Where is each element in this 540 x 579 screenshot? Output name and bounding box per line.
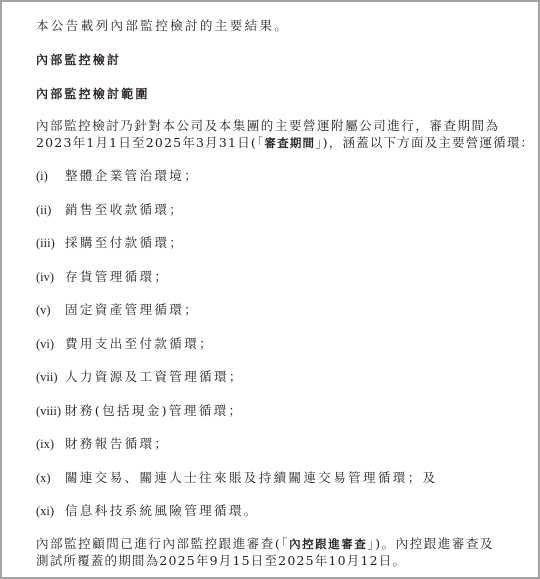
- list-marker: (iv): [36, 269, 65, 285]
- list-text: 採購至付款循環；: [65, 235, 184, 250]
- list-text: 整體企業管治環境；: [65, 168, 199, 183]
- list-text: 銷售至收款循環；: [65, 202, 184, 217]
- list-marker: (xi): [36, 503, 65, 519]
- review-period-term: 審查期間: [264, 136, 315, 150]
- followup-review-term: 內控跟進審查: [289, 537, 367, 551]
- list-item: (i)整體企業管治環境；: [36, 168, 199, 184]
- list-item: (viii)財務(包括現金)管理循環；: [36, 403, 243, 419]
- list-marker: (ix): [36, 436, 65, 452]
- followup-line-1-start: 內部監控顧問已進行內部監控跟進審查(「: [36, 536, 289, 551]
- followup-line-2: 測試所覆蓋的期間為2025年9月15日至2025年10月12日。: [36, 553, 406, 569]
- list-item: (vii)人力資源及工資管理循環；: [36, 369, 244, 385]
- subsection-heading: 內部監控檢討範圍: [36, 86, 150, 102]
- intro-text: 本公告載列內部監控檢討的主要結果。: [36, 18, 289, 34]
- list-text: 費用支出至付款循環；: [65, 336, 214, 351]
- document-page: 本公告載列內部監控檢討的主要結果。 內部監控檢討 內部監控檢討範圍 內部監控檢討…: [0, 0, 540, 579]
- list-marker: (vii): [36, 369, 65, 385]
- list-text: 信息科技系統風險管理循環。: [65, 503, 259, 518]
- list-item: (ii)銷售至收款循環；: [36, 202, 184, 218]
- followup-line-1-end: 」)。內控跟進審查及: [367, 536, 494, 551]
- scope-line-1: 內部監控檢討乃針對本公司及本集團的主要營運附屬公司進行，審查期間為: [36, 118, 500, 134]
- section-heading: 內部監控檢討: [36, 52, 121, 68]
- scope-line-2-end: 」)，涵蓋以下方面及主要營運循環：: [315, 135, 534, 150]
- list-marker: (i): [36, 168, 65, 184]
- list-marker: (v): [36, 302, 65, 318]
- list-item: (xi)信息科技系統風險管理循環。: [36, 503, 259, 519]
- scope-line-2: 2023年1月1日至2025年3月31日(「審查期間」)，涵蓋以下方面及主要營運…: [36, 135, 534, 151]
- list-text: 人力資源及工資管理循環；: [65, 369, 244, 384]
- list-marker: (x): [36, 470, 65, 486]
- list-item: (iii)採購至付款循環；: [36, 235, 184, 251]
- list-item: (v)固定資產管理循環；: [36, 302, 199, 318]
- scope-line-2-start: 2023年1月1日至2025年3月31日(「: [36, 135, 264, 150]
- list-marker: (ii): [36, 202, 65, 218]
- list-marker: (iii): [36, 235, 65, 251]
- list-text: 存貨管理循環；: [65, 269, 169, 284]
- list-text: 財務報告循環；: [65, 436, 169, 451]
- list-text: 固定資產管理循環；: [65, 302, 199, 317]
- list-marker: (vi): [36, 336, 65, 352]
- list-item: (ix)財務報告循環；: [36, 436, 169, 452]
- list-text: 關連交易、關連人士往來賬及持續關連交易管理循環；及: [65, 470, 438, 485]
- followup-line-1: 內部監控顧問已進行內部監控跟進審查(「內控跟進審查」)。內控跟進審查及: [36, 536, 494, 552]
- list-item: (vi)費用支出至付款循環；: [36, 336, 214, 352]
- list-text: 財務(包括現金)管理循環；: [65, 403, 243, 418]
- list-item: (iv)存貨管理循環；: [36, 269, 169, 285]
- list-item: (x)關連交易、關連人士往來賬及持續關連交易管理循環；及: [36, 470, 438, 486]
- list-marker: (viii): [36, 403, 65, 419]
